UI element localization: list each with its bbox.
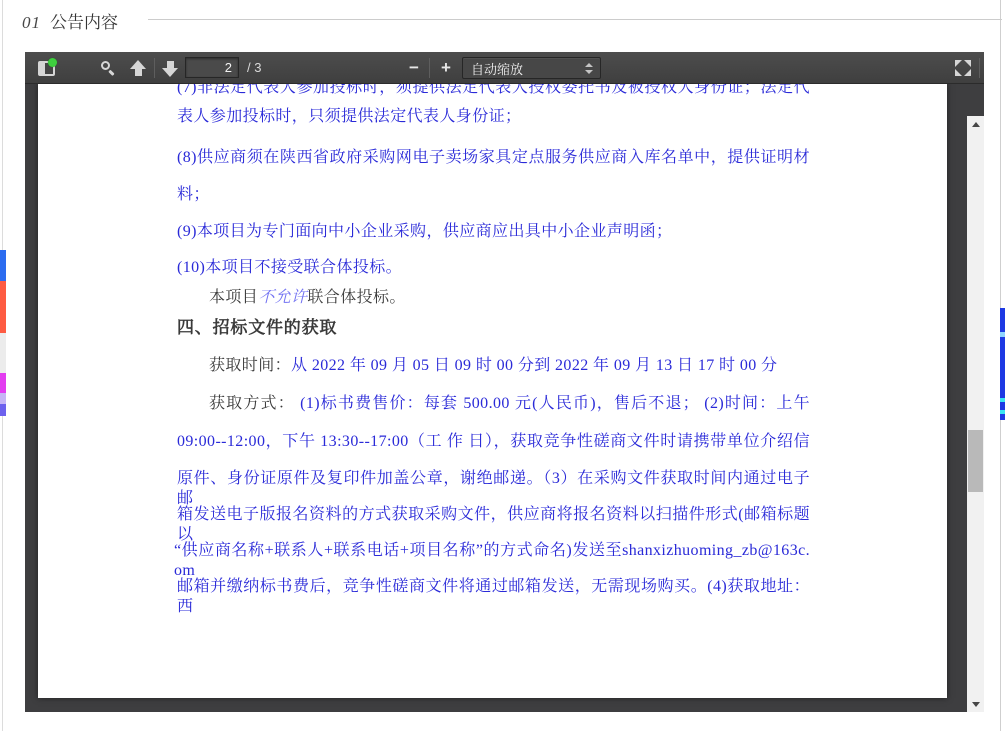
doc-text-segment: 09:00--12:00，下午 13:30--17:00（工 作 日），获取竞争… [177, 433, 810, 450]
sidebar-icon [38, 61, 55, 76]
right-edge-widget-dash [1000, 332, 1005, 337]
doc-text-segment: (10)本项目不接受联合体投标。 [177, 259, 402, 276]
doc-text-segment: 获取时间： [209, 357, 291, 374]
pdf-scrollbar[interactable] [967, 116, 984, 712]
up-arrow-icon [130, 60, 146, 77]
search-button[interactable] [95, 55, 121, 81]
scroll-up-icon [972, 122, 980, 127]
edge-strip[interactable] [0, 281, 6, 333]
doc-text-segment: 不允许 [258, 289, 307, 306]
select-arrows-icon [582, 63, 596, 74]
doc-text-segment: (8)供应商须在陕西省政府采购网电子卖场家具定点服务供应商入库名单中，提供证明材 [177, 149, 810, 166]
doc-text-segment: 四、招标文件的获取 [177, 318, 337, 337]
zoom-out-button[interactable]: − [401, 55, 427, 81]
header-divider [148, 19, 1002, 20]
doc-line: 箱发送电子版报名资料的方式获取采购文件，供应商将报名资料以扫描件形式(邮箱标题以 [177, 505, 810, 545]
zoom-select[interactable]: 自动缩放 [462, 57, 601, 79]
pdf-content: (7)非法定代表人参加投标时，须提供法定代表人授权委托书及被授权人身份证；法定代… [25, 84, 984, 712]
scroll-down-icon [972, 702, 980, 707]
doc-text-segment: 从 2022 年 09 月 05 日 09 时 00 分到 2022 年 09 … [291, 357, 777, 374]
doc-line: 料； [177, 185, 210, 205]
toolbar-separator [154, 58, 155, 78]
doc-text-segment: (1)标书费售价：每套 500.00 元(人民币)，售后不退； (2)时间：上午 [295, 395, 810, 412]
section-index: 01 [22, 13, 41, 32]
doc-line: (9)本项目为专门面向中小企业采购，供应商应出具中小企业声明函； [177, 222, 672, 242]
scroll-down-button[interactable] [967, 696, 984, 712]
zoom-select-label: 自动缩放 [463, 59, 582, 78]
doc-text-segment: (7)非法定代表人参加投标时，须提供法定代表人授权委托书及被授权人身份证；法定代 [177, 84, 810, 96]
doc-text-segment: 联合体投标。 [307, 289, 405, 306]
doc-line: (7)非法定代表人参加投标时，须提供法定代表人授权委托书及被授权人身份证；法定代 [177, 84, 810, 98]
doc-text-segment: 本项目 [209, 289, 258, 306]
doc-text-segment: 表人参加投标时，只须提供法定代表人身份证； [177, 108, 521, 125]
right-edge-widget-dash [1000, 398, 1005, 402]
doc-text-segment: 料； [177, 186, 210, 203]
edge-strip[interactable] [0, 404, 6, 416]
pdf-page: (7)非法定代表人参加投标时，须提供法定代表人授权委托书及被授权人身份证；法定代… [38, 84, 947, 698]
section-title: 公告内容 [50, 13, 118, 32]
search-icon [100, 60, 116, 76]
scroll-up-button[interactable] [967, 116, 984, 132]
pdf-toolbar: / 3 − + 自动缩放 [25, 52, 984, 84]
doc-line: “供应商名称+联系人+联系电话+项目名称”的方式命名)发送至shanxizhuo… [174, 541, 810, 581]
down-arrow-icon [162, 60, 178, 77]
fullscreen-button[interactable] [950, 55, 976, 81]
doc-text-segment: 获取方式： [209, 395, 295, 412]
pdf-viewer: / 3 − + 自动缩放 (7)非法定代表人参加投标时，须提供法定代表人授权委托… [25, 52, 984, 712]
edge-strip[interactable] [0, 393, 6, 404]
doc-line: (8)供应商须在陕西省政府采购网电子卖场家具定点服务供应商入库名单中，提供证明材 [177, 148, 810, 168]
doc-text-segment: “供应商名称+联系人+联系电话+项目名称”的方式命名)发送至shanxizhuo… [174, 542, 810, 579]
zoom-in-button[interactable]: + [433, 55, 459, 81]
right-edge-widget[interactable] [1000, 308, 1005, 420]
toolbar-separator [429, 58, 430, 78]
doc-line: 四、招标文件的获取 [177, 318, 337, 338]
doc-line: 获取时间：从 2022 年 09 月 05 日 09 时 00 分到 2022 … [209, 356, 777, 376]
right-edge-widget-dash [1000, 410, 1005, 414]
scrollbar-thumb[interactable] [968, 430, 983, 492]
doc-line: 表人参加投标时，只须提供法定代表人身份证； [177, 107, 521, 127]
page-up-button[interactable] [125, 55, 151, 81]
edge-strip[interactable] [0, 373, 6, 393]
edge-strip[interactable] [0, 333, 6, 373]
doc-line: 原件、身份证原件及复印件加盖公章，谢绝邮递。（3）在采购文件获取时间内通过电子邮 [177, 469, 810, 509]
doc-line: (10)本项目不接受联合体投标。 [177, 258, 402, 278]
edge-strip[interactable] [0, 250, 6, 281]
fullscreen-icon [955, 60, 971, 76]
toolbar-separator [979, 58, 980, 78]
doc-text-segment: (9)本项目为专门面向中小企业采购，供应商应出具中小企业声明函； [177, 223, 672, 240]
doc-line: 09:00--12:00，下午 13:30--17:00（工 作 日），获取竞争… [177, 432, 810, 452]
page-count-label: / 3 [247, 52, 261, 84]
page-number-input[interactable] [185, 57, 239, 78]
doc-text-segment: 邮箱并缴纳标书费后，竞争性磋商文件将通过邮箱发送，无需现场购买。(4)获取地址：… [177, 578, 810, 615]
doc-line: 邮箱并缴纳标书费后，竞争性磋商文件将通过邮箱发送，无需现场购买。(4)获取地址：… [177, 577, 810, 617]
section-header: 01公告内容 [22, 8, 118, 34]
doc-line: 本项目不允许联合体投标。 [209, 288, 406, 308]
page-down-button[interactable] [157, 55, 183, 81]
sidebar-toggle-button[interactable] [33, 55, 59, 81]
doc-text-segment: 原件、身份证原件及复印件加盖公章，谢绝邮递。（3）在采购文件获取时间内通过电子邮 [177, 470, 810, 507]
doc-text-segment: 箱发送电子版报名资料的方式获取采购文件，供应商将报名资料以扫描件形式(邮箱标题以 [177, 506, 810, 543]
doc-line: 获取方式： (1)标书费售价：每套 500.00 元(人民币)，售后不退； (2… [209, 394, 810, 414]
notification-dot-icon [48, 58, 57, 67]
